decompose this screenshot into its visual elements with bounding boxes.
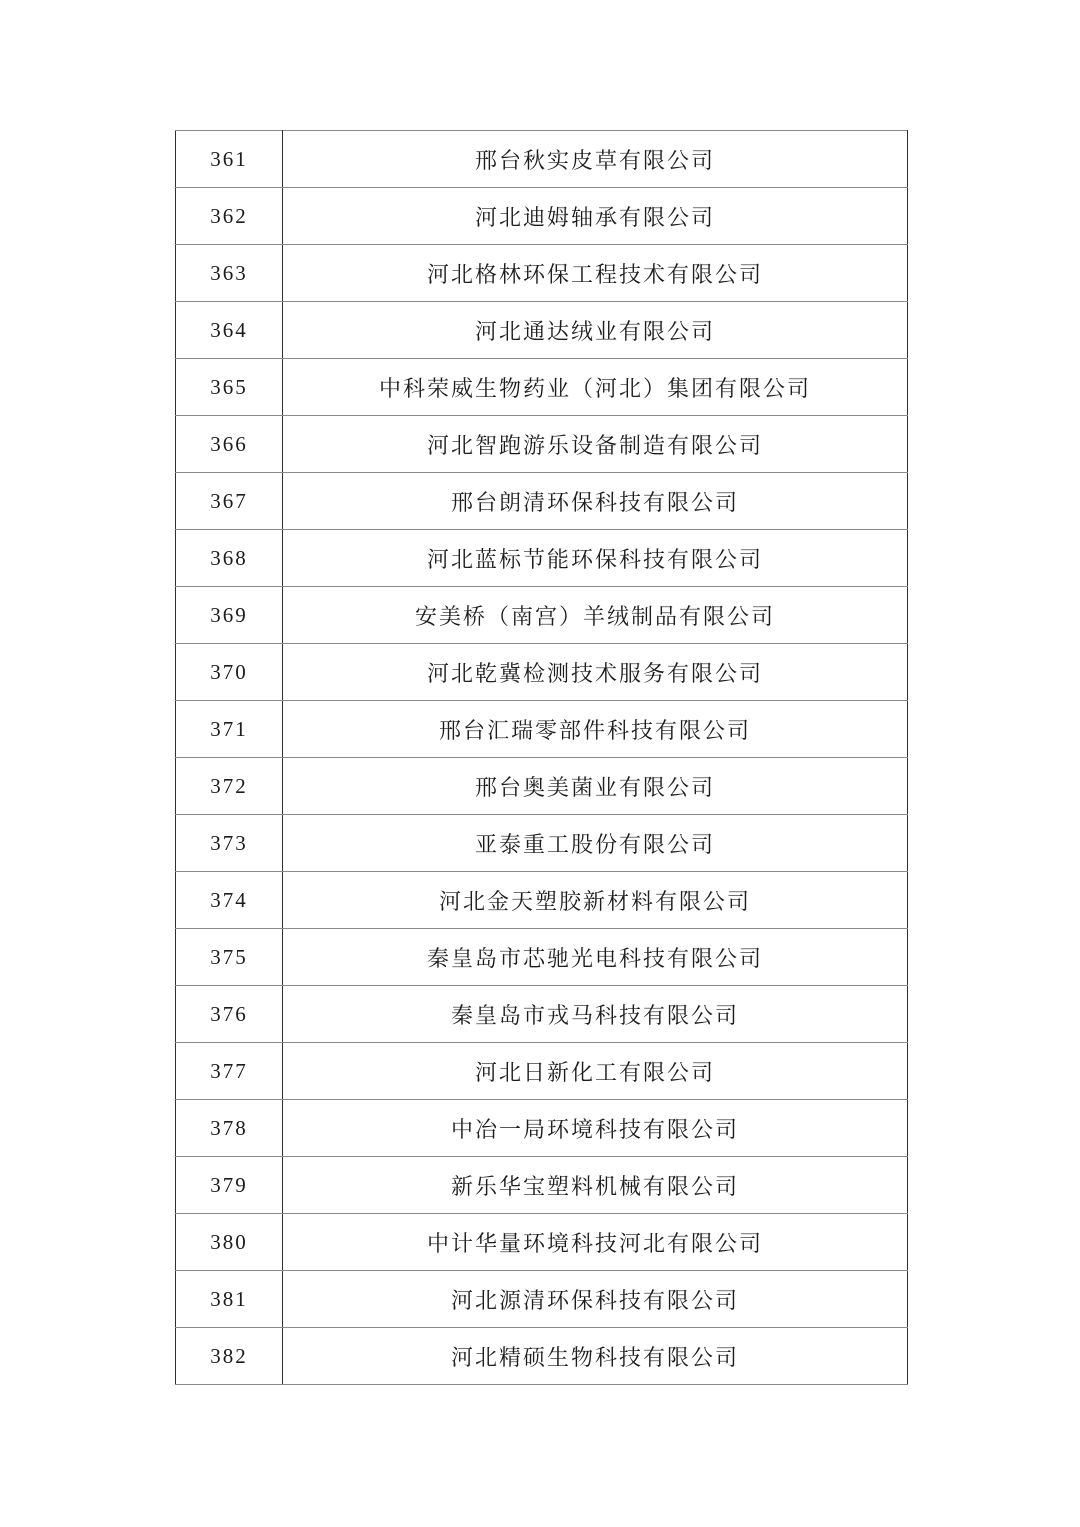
company-name-cell: 安美桥（南宫）羊绒制品有限公司: [283, 587, 908, 644]
table-row: 375 秦皇岛市芯驰光电科技有限公司: [176, 929, 908, 986]
table-row: 379 新乐华宝塑料机械有限公司: [176, 1157, 908, 1214]
row-index-cell: 380: [176, 1214, 283, 1271]
table-row: 378 中冶一局环境科技有限公司: [176, 1100, 908, 1157]
table-row: 377 河北日新化工有限公司: [176, 1043, 908, 1100]
company-name-cell: 中科荣威生物药业（河北）集团有限公司: [283, 359, 908, 416]
table-row: 368 河北蓝标节能环保科技有限公司: [176, 530, 908, 587]
table-row: 380 中计华量环境科技河北有限公司: [176, 1214, 908, 1271]
company-name-cell: 河北蓝标节能环保科技有限公司: [283, 530, 908, 587]
row-index-cell: 371: [176, 701, 283, 758]
company-name-cell: 河北通达绒业有限公司: [283, 302, 908, 359]
company-name-cell: 河北源清环保科技有限公司: [283, 1271, 908, 1328]
table-row: 374 河北金天塑胶新材料有限公司: [176, 872, 908, 929]
table-row: 373 亚泰重工股份有限公司: [176, 815, 908, 872]
table-row: 364 河北通达绒业有限公司: [176, 302, 908, 359]
row-index-cell: 364: [176, 302, 283, 359]
company-name-cell: 秦皇岛市戎马科技有限公司: [283, 986, 908, 1043]
table-row: 362 河北迪姆轴承有限公司: [176, 188, 908, 245]
company-name-cell: 邢台奥美菌业有限公司: [283, 758, 908, 815]
company-name-cell: 邢台秋实皮草有限公司: [283, 131, 908, 188]
company-name-cell: 河北乾冀检测技术服务有限公司: [283, 644, 908, 701]
table-row: 382 河北精硕生物科技有限公司: [176, 1328, 908, 1385]
company-name-cell: 河北智跑游乐设备制造有限公司: [283, 416, 908, 473]
company-list-table: 361 邢台秋实皮草有限公司 362 河北迪姆轴承有限公司 363 河北格林环保…: [175, 130, 908, 1385]
table-row: 363 河北格林环保工程技术有限公司: [176, 245, 908, 302]
company-name-cell: 中冶一局环境科技有限公司: [283, 1100, 908, 1157]
company-name-cell: 邢台汇瑞零部件科技有限公司: [283, 701, 908, 758]
row-index-cell: 370: [176, 644, 283, 701]
row-index-cell: 367: [176, 473, 283, 530]
row-index-cell: 366: [176, 416, 283, 473]
table-row: 381 河北源清环保科技有限公司: [176, 1271, 908, 1328]
row-index-cell: 382: [176, 1328, 283, 1385]
row-index-cell: 377: [176, 1043, 283, 1100]
company-table-body: 361 邢台秋实皮草有限公司 362 河北迪姆轴承有限公司 363 河北格林环保…: [176, 131, 908, 1385]
row-index-cell: 378: [176, 1100, 283, 1157]
company-name-cell: 河北金天塑胶新材料有限公司: [283, 872, 908, 929]
table-row: 370 河北乾冀检测技术服务有限公司: [176, 644, 908, 701]
row-index-cell: 361: [176, 131, 283, 188]
row-index-cell: 379: [176, 1157, 283, 1214]
row-index-cell: 365: [176, 359, 283, 416]
document-page: 361 邢台秋实皮草有限公司 362 河北迪姆轴承有限公司 363 河北格林环保…: [0, 0, 1080, 1527]
row-index-cell: 373: [176, 815, 283, 872]
company-name-cell: 河北迪姆轴承有限公司: [283, 188, 908, 245]
row-index-cell: 362: [176, 188, 283, 245]
company-name-cell: 河北格林环保工程技术有限公司: [283, 245, 908, 302]
table-row: 369 安美桥（南宫）羊绒制品有限公司: [176, 587, 908, 644]
table-row: 371 邢台汇瑞零部件科技有限公司: [176, 701, 908, 758]
row-index-cell: 376: [176, 986, 283, 1043]
row-index-cell: 372: [176, 758, 283, 815]
row-index-cell: 375: [176, 929, 283, 986]
table-row: 376 秦皇岛市戎马科技有限公司: [176, 986, 908, 1043]
company-name-cell: 河北日新化工有限公司: [283, 1043, 908, 1100]
table-row: 366 河北智跑游乐设备制造有限公司: [176, 416, 908, 473]
row-index-cell: 381: [176, 1271, 283, 1328]
company-name-cell: 秦皇岛市芯驰光电科技有限公司: [283, 929, 908, 986]
row-index-cell: 368: [176, 530, 283, 587]
row-index-cell: 363: [176, 245, 283, 302]
company-name-cell: 亚泰重工股份有限公司: [283, 815, 908, 872]
table-row: 372 邢台奥美菌业有限公司: [176, 758, 908, 815]
company-name-cell: 河北精硕生物科技有限公司: [283, 1328, 908, 1385]
table-row: 365 中科荣威生物药业（河北）集团有限公司: [176, 359, 908, 416]
company-name-cell: 新乐华宝塑料机械有限公司: [283, 1157, 908, 1214]
row-index-cell: 369: [176, 587, 283, 644]
row-index-cell: 374: [176, 872, 283, 929]
table-row: 367 邢台朗清环保科技有限公司: [176, 473, 908, 530]
table-row: 361 邢台秋实皮草有限公司: [176, 131, 908, 188]
company-name-cell: 邢台朗清环保科技有限公司: [283, 473, 908, 530]
company-name-cell: 中计华量环境科技河北有限公司: [283, 1214, 908, 1271]
